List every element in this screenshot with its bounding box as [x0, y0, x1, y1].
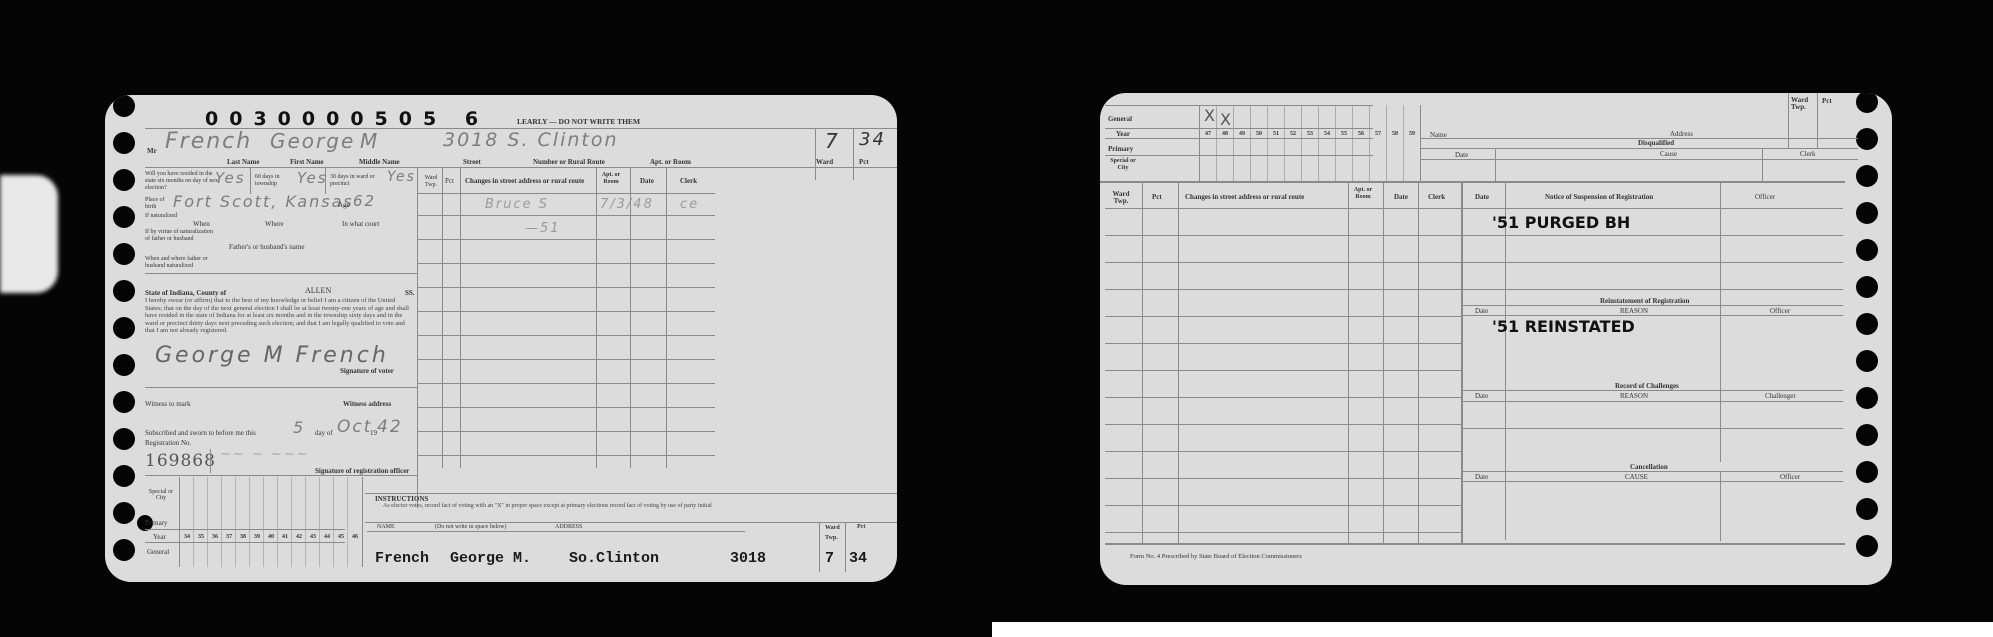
th-suspension-date: Date: [1475, 193, 1489, 201]
th-challenge-date: Date: [1475, 392, 1488, 400]
first-name-value: George: [270, 129, 355, 153]
punch-hole: [1856, 239, 1878, 261]
row-general-back: General: [1108, 115, 1132, 123]
label-place-of-birth: Place of birth: [145, 197, 175, 211]
punch-hole: [1856, 313, 1878, 335]
year-37: 37: [222, 534, 236, 540]
year-50: 50: [1252, 131, 1266, 137]
label-apt-room: Apt. or Room: [650, 158, 691, 166]
white-strip-artifact: [992, 622, 1993, 637]
label-court: In what court: [342, 220, 379, 228]
label-if-naturalized: If naturalized: [145, 213, 185, 220]
punch-hole: [1856, 498, 1878, 520]
year-52: 52: [1286, 131, 1300, 137]
label-disq-address: Address: [1670, 130, 1693, 138]
th-suspension-officer: Officer: [1755, 193, 1775, 201]
label-middle-name: Middle Name: [359, 158, 400, 166]
label-ward: Ward: [816, 158, 833, 166]
form-footer: Form No. 4 Prescribed by State Board of …: [1130, 553, 1302, 561]
label-disq-cause: Cause: [1660, 150, 1677, 158]
punch-hole: [1856, 535, 1878, 557]
typed-street: So.Clinton: [569, 550, 659, 567]
label-father-when: When and where father or husband natural…: [145, 256, 220, 270]
year-46: 46: [348, 534, 362, 540]
subscribed-month: Oct: [337, 417, 372, 437]
row-primary: Primary: [145, 519, 168, 527]
row-year: Year: [153, 533, 166, 541]
ward-value: 7: [825, 129, 840, 153]
th-clerk-back: Clerk: [1428, 193, 1445, 201]
reinstatement-entry: '51 REINSTATED: [1492, 317, 1635, 336]
year-42: 42: [292, 534, 306, 540]
row-primary-back: Primary: [1108, 145, 1133, 153]
middle-name-value: M: [360, 129, 379, 153]
year-35: 35: [194, 534, 208, 540]
label-disq-pct: Pct: [1822, 97, 1832, 105]
th-cancel-cause: CAUSE: [1625, 473, 1648, 481]
th-cancel-officer: Officer: [1780, 473, 1800, 481]
th-cancel-date: Date: [1475, 473, 1488, 481]
th-changes: Changes in street address or rural route: [465, 177, 584, 185]
last-name-value: French: [165, 129, 252, 154]
voter-registration-card-back: General Year Primary Special or City X X…: [1100, 93, 1892, 585]
punch-hole: [1856, 202, 1878, 224]
subscribed-day: 5: [293, 418, 305, 437]
year-57: 57: [1371, 131, 1385, 137]
label-witness: Witness to mark: [145, 400, 191, 408]
punch-hole: [113, 95, 135, 117]
punch-hole: [113, 206, 135, 228]
punch-hole: [113, 243, 135, 265]
row-special-city-back: Special or City: [1110, 158, 1136, 172]
th-reinstate-date: Date: [1475, 307, 1488, 315]
year-39: 39: [250, 534, 264, 540]
officer-signature: ~~ ~ ~~~: [220, 447, 310, 462]
label-when: When: [193, 220, 210, 228]
punch-hole: [1856, 165, 1878, 187]
label-pct: Pct: [859, 158, 869, 166]
change-row-1: Bruce S: [485, 197, 549, 212]
label-do-not-write: (Do not write in space below): [435, 523, 506, 531]
change-row-2: —51: [525, 221, 561, 236]
typed-number: 3018: [730, 550, 766, 567]
year-54: 54: [1320, 131, 1334, 137]
address-value: 3018 S. Clinton: [443, 129, 619, 151]
suspension-entry: '51 PURGED BH: [1492, 213, 1630, 232]
th-apt-room: Apt. or Room: [598, 172, 624, 186]
punch-hole: [113, 132, 135, 154]
label-last-name: Last Name: [227, 158, 259, 166]
pct-value: 34: [859, 129, 886, 150]
label-virtue: If by virtue of naturalization of father…: [145, 229, 215, 243]
year-47: 47: [1201, 131, 1215, 137]
th-pct: Pct: [445, 177, 454, 185]
serial-number: 0030000505 6: [205, 108, 489, 130]
year-59: 59: [1405, 131, 1419, 137]
punch-hole: [1856, 276, 1878, 298]
ward-resided-value: Yes: [387, 169, 416, 185]
label-street: Street: [463, 158, 481, 166]
punch-hole: [113, 428, 135, 450]
voter-signature: George M French: [155, 343, 389, 368]
label-disq-ward: Ward Twp.: [1791, 97, 1811, 111]
label-resided-state: Will you have resided in the state six m…: [145, 171, 223, 192]
punch-hole: [1856, 387, 1878, 409]
subscribed-year: 42: [377, 417, 403, 437]
typed-pct: 34: [849, 550, 867, 567]
th-challenger: Challenger: [1765, 392, 1796, 400]
th-challenge-reason: REASON: [1620, 392, 1648, 400]
punch-hole: [113, 354, 135, 376]
label-day-of: day of: [315, 429, 333, 437]
th-reinstate-officer: Officer: [1770, 307, 1790, 315]
punch-hole: [1856, 424, 1878, 446]
punch-hole: [113, 502, 135, 524]
th-date: Date: [640, 177, 654, 185]
row-special-city: Special or City: [145, 489, 177, 501]
county-value: ALLEN: [305, 287, 331, 295]
label-name: NAME: [377, 523, 395, 531]
label-subscribed: Subscribed and sworn to before me this: [145, 429, 256, 437]
year-36: 36: [208, 534, 222, 540]
row-general: General: [147, 548, 169, 556]
th-date-back: Date: [1394, 193, 1408, 201]
label-signature-voter: Signature of voter: [340, 367, 394, 375]
resided-state-value: Yes: [215, 169, 246, 187]
label-father-name: Father's or husband's name: [229, 243, 304, 251]
label-address: ADDRESS: [555, 523, 582, 531]
year-58: 58: [1388, 131, 1402, 137]
oath-heading: State of Indiana, County of: [145, 289, 226, 297]
year-prefix: 19: [370, 429, 377, 437]
typed-ward: 7: [825, 550, 834, 567]
typed-last-name: French: [375, 550, 429, 567]
label-pct-bottom: Pct: [857, 523, 865, 531]
th-suspension-notice: Notice of Suspension of Registration: [1545, 193, 1653, 201]
punch-hole: [113, 465, 135, 487]
year-44: 44: [320, 534, 334, 540]
cancellation-title: Cancellation: [1630, 463, 1668, 471]
instructions-text: As elector votes, record fact of voting …: [383, 503, 713, 510]
birthplace-value: Fort Scott, Kansas: [173, 192, 354, 211]
label-disq-clerk: Clerk: [1800, 150, 1816, 158]
punch-hole: [113, 280, 135, 302]
registration-number: 169868: [145, 451, 216, 471]
label-where: Where: [265, 220, 284, 228]
year-38: 38: [236, 534, 250, 540]
light-blur-artifact: [0, 175, 58, 293]
print-instruction: LEARLY — DO NOT WRITE THEM: [517, 118, 640, 126]
punch-hole: [1856, 461, 1878, 483]
label-60-days: 60 days in township: [255, 174, 300, 188]
township-value: Yes: [297, 169, 328, 187]
punch-hole: [1856, 93, 1878, 113]
year-34: 34: [180, 534, 194, 540]
th-ward-twp-back: Ward Twp.: [1110, 191, 1132, 205]
vote-mark-48: X: [1220, 110, 1231, 129]
title-prefix: Mr: [147, 147, 157, 155]
th-changes-back: Changes in street address or rural route: [1185, 193, 1304, 201]
th-reinstate-reason: REASON: [1620, 307, 1648, 315]
oath-text: I hereby swear (or affirm) that to the b…: [145, 297, 413, 335]
label-age: Age: [338, 201, 350, 209]
label-ward-twp: Ward Twp.: [825, 523, 841, 543]
typed-first-name: George M.: [450, 550, 531, 567]
reinstatement-title: Reinstatement of Registration: [1600, 297, 1689, 305]
label-30-days: 30 days in ward or precinct: [330, 174, 385, 188]
label-witness-address: Witness address: [343, 400, 391, 408]
punch-hole: [113, 169, 135, 191]
age-value: 62: [353, 192, 376, 210]
label-registration-no: Registration No.: [145, 439, 191, 447]
punch-hole: [113, 317, 135, 339]
year-56: 56: [1354, 131, 1368, 137]
th-pct-back: Pct: [1152, 193, 1162, 201]
change-date-1: 7/3/48: [600, 197, 654, 212]
punch-hole: [113, 391, 135, 413]
change-clerk-1: ce: [680, 197, 699, 212]
instructions-title: INSTRUCTIONS: [375, 495, 428, 503]
label-first-name: First Name: [290, 158, 324, 166]
oath-ss: SS.: [405, 289, 415, 297]
th-clerk: Clerk: [680, 177, 697, 185]
punch-hole: [1856, 128, 1878, 150]
label-officer-signature: Signature of registration officer: [315, 467, 409, 475]
year-48: 48: [1218, 131, 1232, 137]
punch-hole: [1856, 350, 1878, 372]
year-53: 53: [1303, 131, 1317, 137]
year-55: 55: [1337, 131, 1351, 137]
row-year-back: Year: [1116, 130, 1130, 138]
disqualified-title: Disqualified: [1638, 139, 1674, 147]
year-41: 41: [278, 534, 292, 540]
year-49: 49: [1235, 131, 1249, 137]
year-51: 51: [1269, 131, 1283, 137]
challenges-title: Record of Challenges: [1615, 382, 1679, 390]
label-disq-date: Date: [1455, 151, 1468, 159]
punch-hole: [113, 539, 135, 561]
year-43: 43: [306, 534, 320, 540]
voter-registration-card-front: 0030000505 6 LEARLY — DO NOT WRITE THEM …: [105, 95, 897, 582]
year-45: 45: [334, 534, 348, 540]
label-number-route: Number or Rural Route: [533, 158, 605, 166]
th-apt-room-back: Apt. or Room: [1350, 187, 1376, 201]
vote-mark-47: X: [1204, 106, 1215, 125]
th-ward-twp: Ward Twp.: [421, 175, 441, 189]
year-40: 40: [264, 534, 278, 540]
